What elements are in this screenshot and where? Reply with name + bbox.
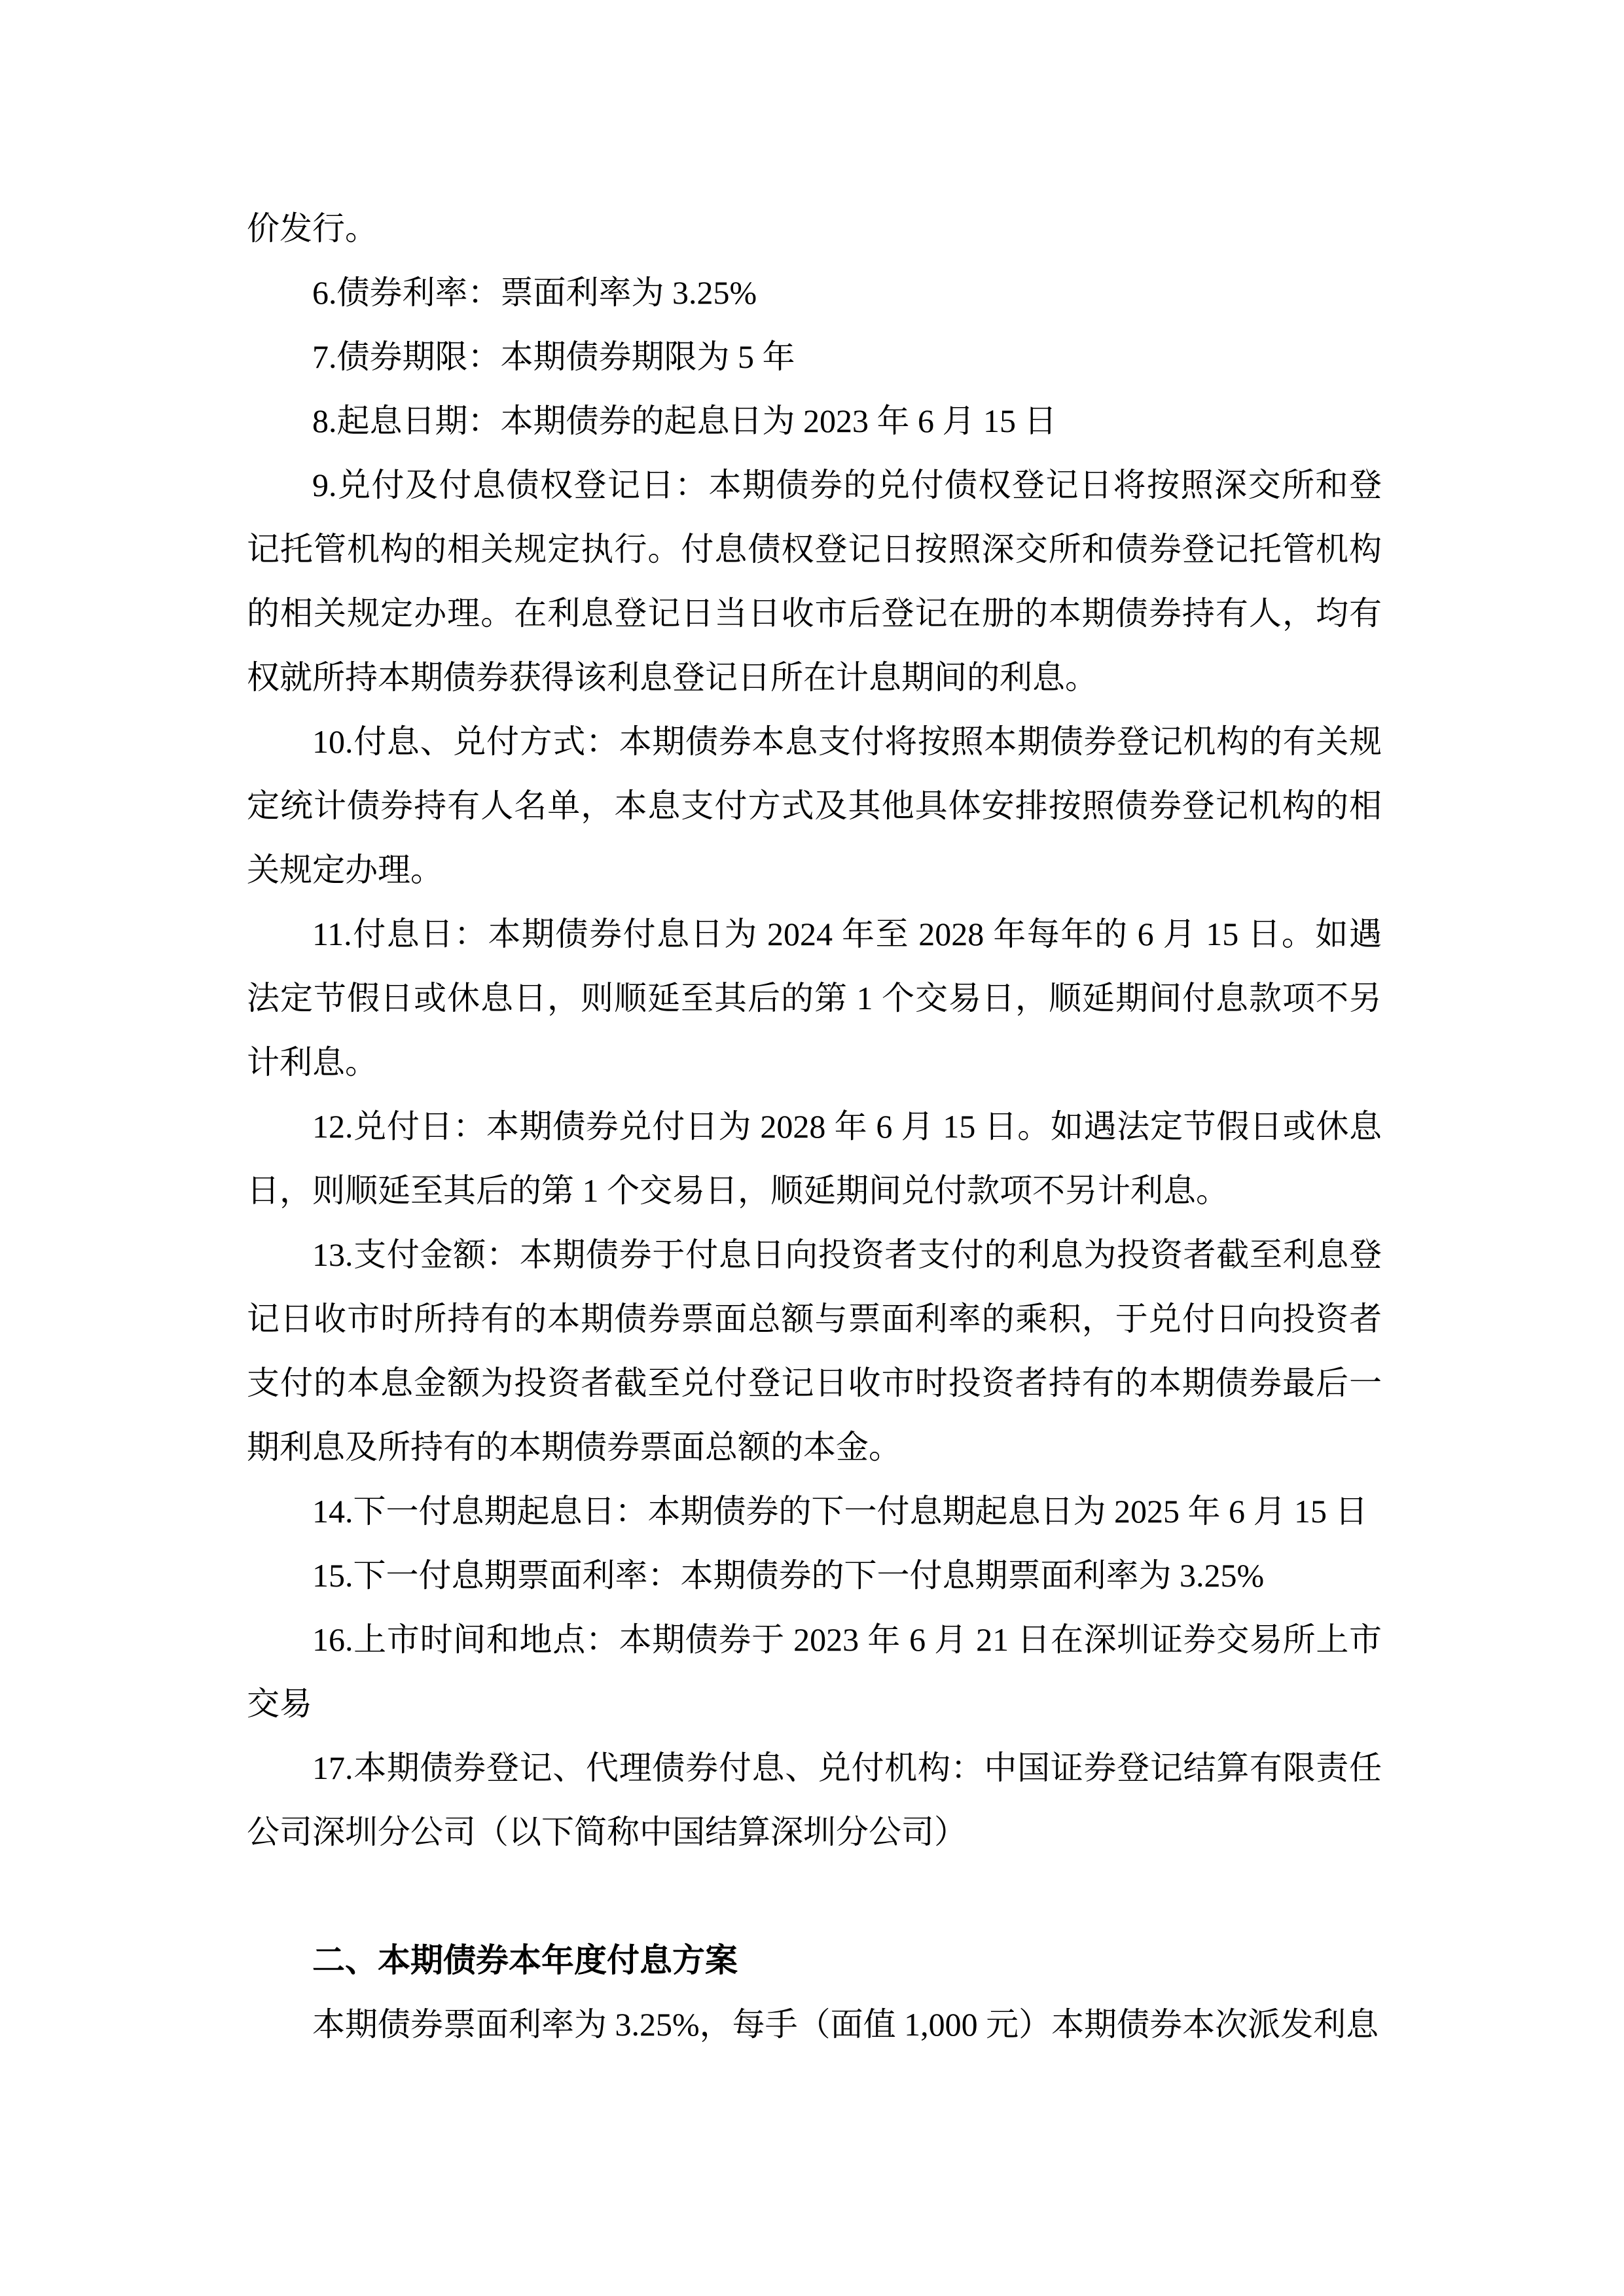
item-9-registration-date: 9.兑付及付息债权登记日：本期债券的兑付债权登记日将按照深交所和登记托管机构的相… xyxy=(247,453,1382,709)
item-10-payment-method: 10.付息、兑付方式：本期债券本息支付将按照本期债券登记机构的有关规定统计债券持… xyxy=(247,709,1382,902)
continuation-line: 价发行。 xyxy=(247,196,1382,260)
item-6-bond-interest-rate: 6.债券利率：票面利率为 3.25% xyxy=(247,260,1382,325)
item-7-bond-term: 7.债券期限：本期债券期限为 5 年 xyxy=(247,325,1382,389)
coupon-plan-paragraph: 本期债券票面利率为 3.25%，每手（面值 1,000 元）本期债券本次派发利息 xyxy=(247,1992,1382,2056)
item-8-interest-start-date: 8.起息日期：本期债券的起息日为 2023 年 6 月 15 日 xyxy=(247,389,1382,453)
item-13-payment-amount: 13.支付金额：本期债券于付息日向投资者支付的利息为投资者截至利息登记日收市时所… xyxy=(247,1223,1382,1479)
item-12-redemption-date: 12.兑付日：本期债券兑付日为 2028 年 6 月 15 日。如遇法定节假日或… xyxy=(247,1094,1382,1223)
item-17-registrar-and-paying-agent: 17.本期债券登记、代理债券付息、兑付机构：中国证券登记结算有限责任公司深圳分公… xyxy=(247,1736,1382,1864)
document-body: 价发行。 6.债券利率：票面利率为 3.25% 7.债券期限：本期债券期限为 5… xyxy=(247,196,1382,2056)
item-15-next-period-coupon-rate: 15.下一付息期票面利率：本期债券的下一付息期票面利率为 3.25% xyxy=(247,1543,1382,1607)
item-11-interest-payment-date: 11.付息日：本期债券付息日为 2024 年至 2028 年每年的 6 月 15… xyxy=(247,902,1382,1094)
item-16-listing-time-and-place: 16.上市时间和地点：本期债券于 2023 年 6 月 21 日在深圳证券交易所… xyxy=(247,1607,1382,1736)
section-heading-interest-plan: 二、本期债券本年度付息方案 xyxy=(247,1928,1382,1992)
item-14-next-period-start-date: 14.下一付息期起息日：本期债券的下一付息期起息日为 2025 年 6 月 15… xyxy=(247,1479,1382,1543)
document-page: 价发行。 6.债券利率：票面利率为 3.25% 7.债券期限：本期债券期限为 5… xyxy=(0,0,1624,2296)
